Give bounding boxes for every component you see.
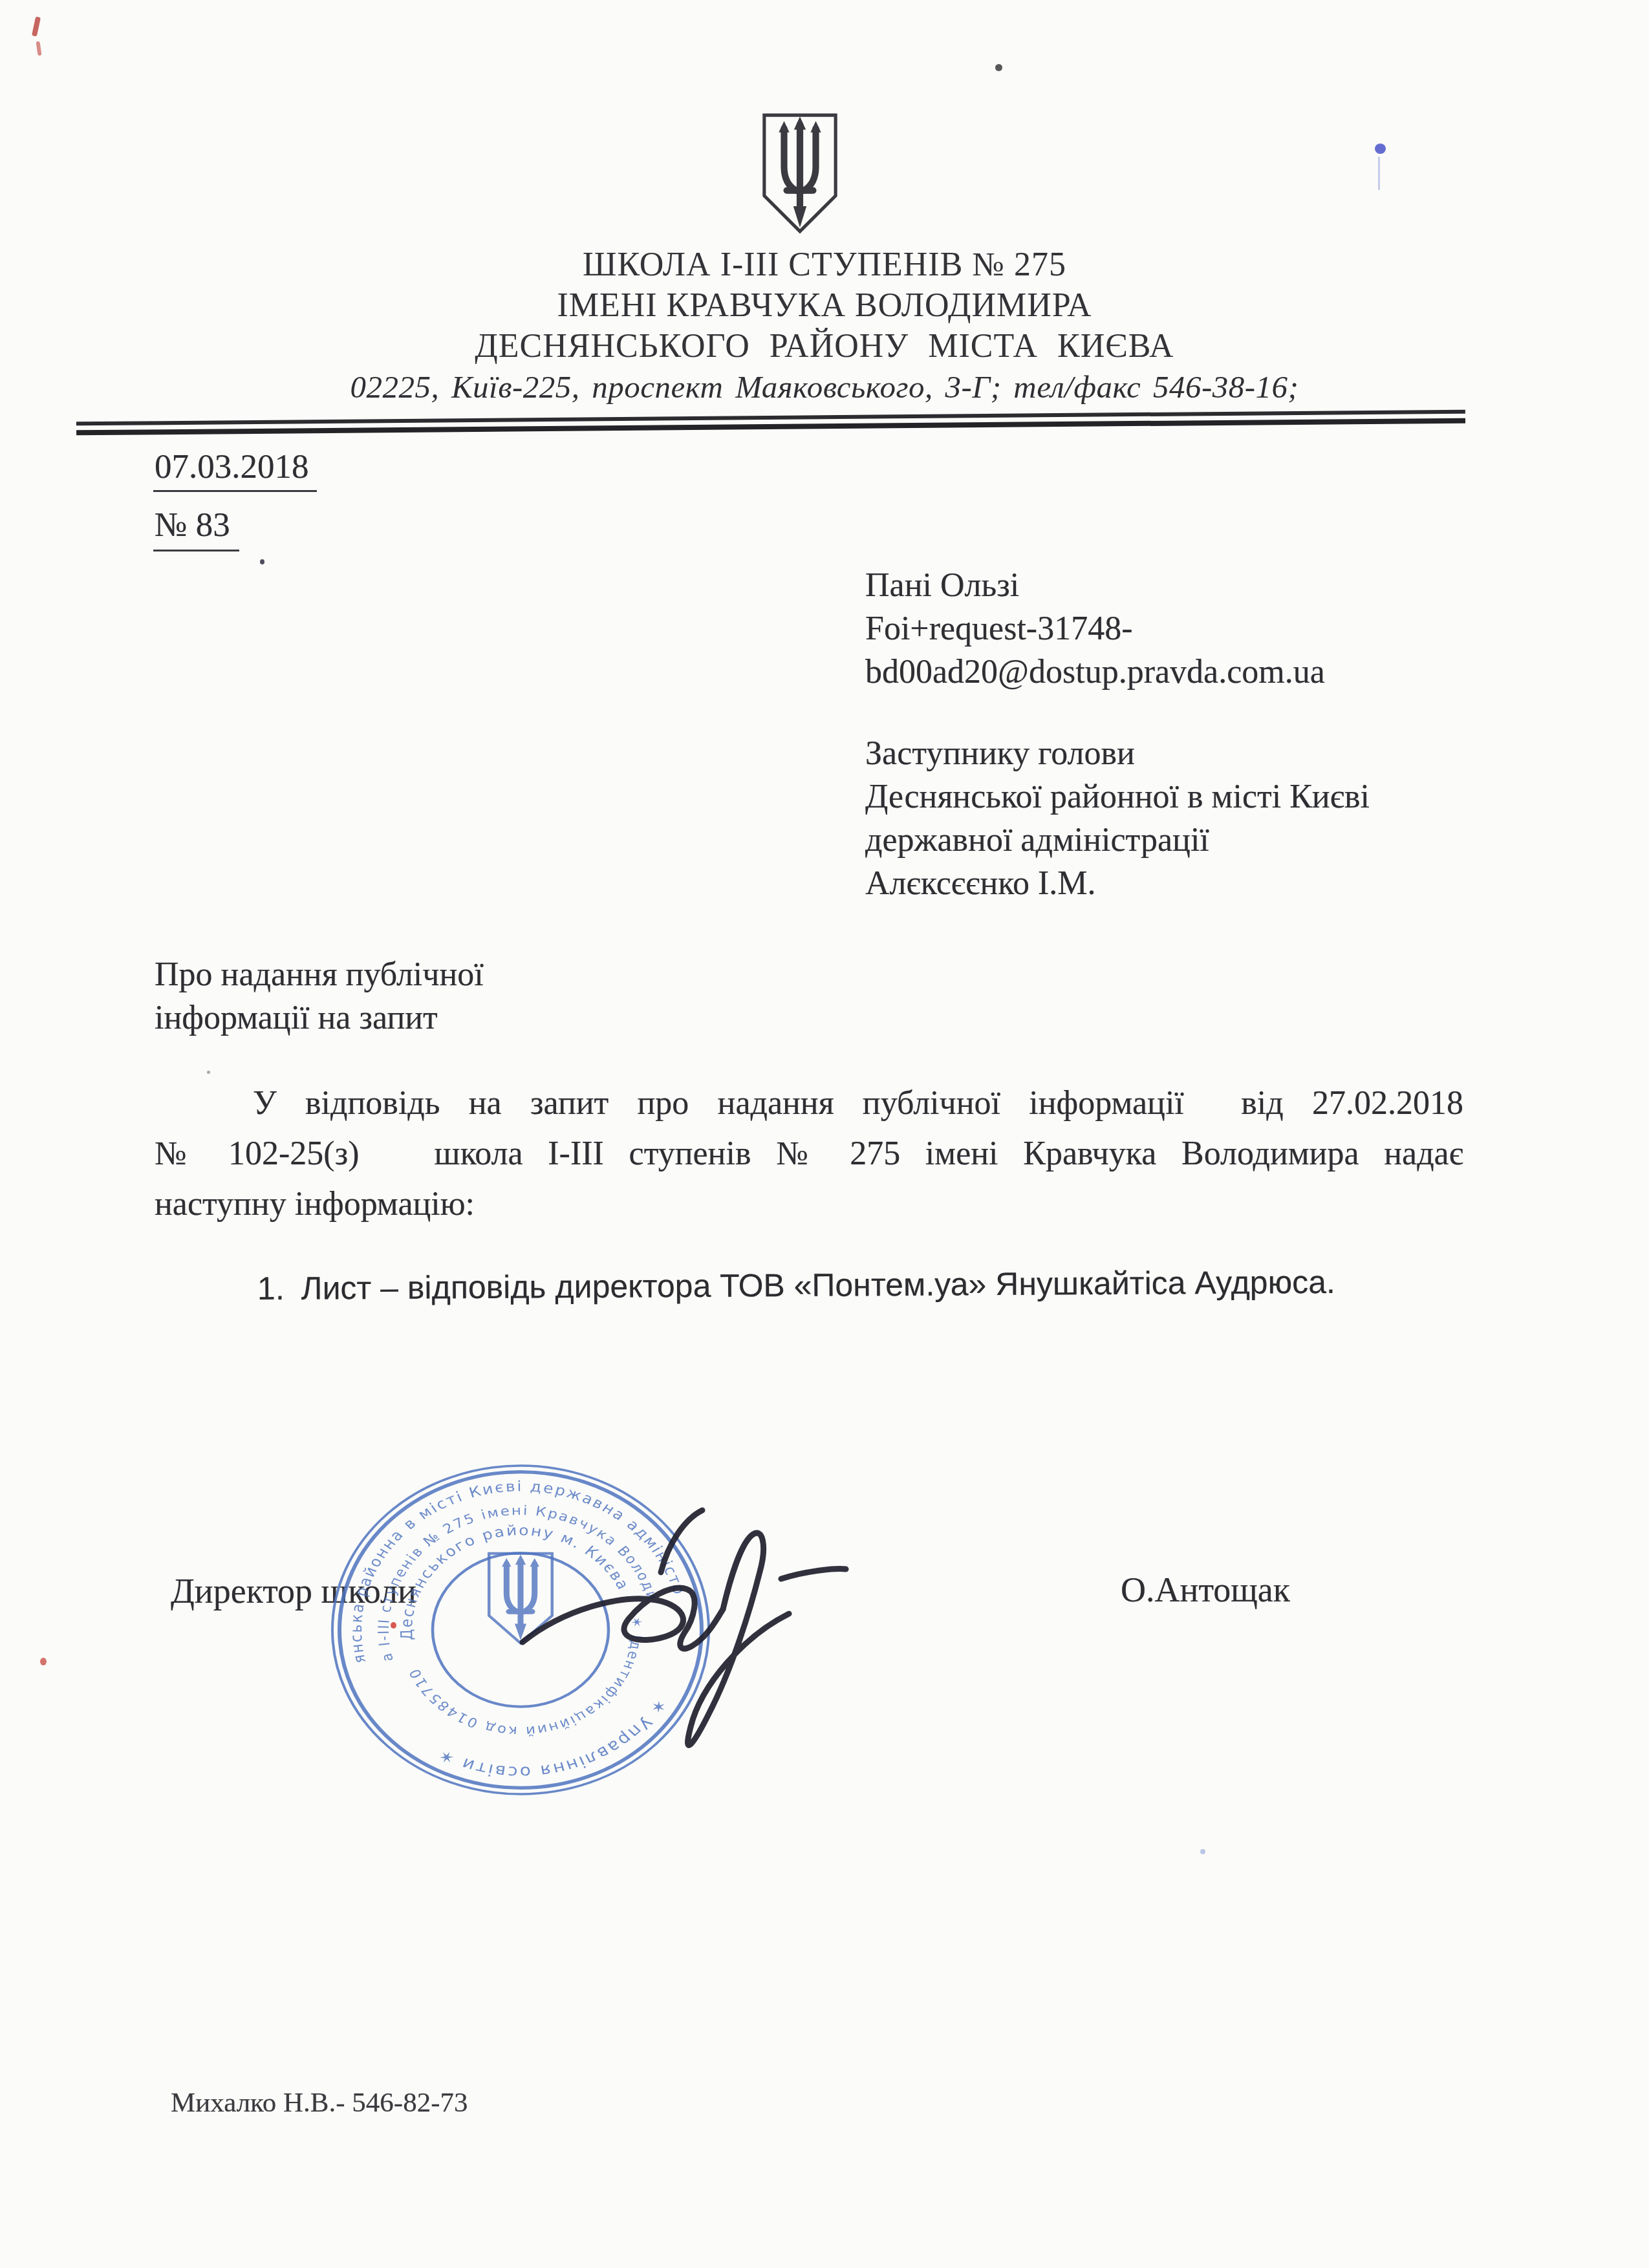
official-line: Деснянської районної в місті Києві — [865, 775, 1370, 818]
red-ink-speck — [36, 41, 41, 56]
recipient-line: Пані Ользі — [865, 564, 1370, 607]
list-item-marker: 1. — [257, 1269, 285, 1308]
executor-contact: Михалко Н.В.- 546-82-73 — [171, 2087, 468, 2119]
blue-speck — [1200, 1849, 1205, 1854]
signature-stroke — [523, 1588, 723, 1649]
signature-stroke — [781, 1569, 846, 1579]
ukraine-trident-shield-icon — [759, 112, 841, 235]
paragraph-line: № 102-25(з) школа І-ІІІ ступенів № 275 і… — [155, 1129, 1463, 1179]
official-name: Алєксєєнко І.М. — [865, 862, 1370, 905]
red-ink-speck — [40, 1658, 47, 1665]
official-line: державної адміністрації — [865, 818, 1370, 862]
attachment-list-item: 1. Лист – відповідь директора ТОВ «Понте… — [257, 1263, 1335, 1308]
subject-block: Про надання публічної інформації на запи… — [155, 953, 484, 1040]
blue-ink-blot — [1375, 144, 1386, 154]
handwritten-signature — [517, 1481, 879, 1784]
recipient-line: Foi+request-31748- — [865, 607, 1370, 650]
paragraph-line: У відповідь на запит про надання публічн… — [155, 1078, 1463, 1129]
spacer — [865, 694, 1370, 732]
school-name-line1: ШКОЛА І-ІІІ СТУПЕНІВ № 275 — [6, 244, 1643, 285]
paragraph-line: наступну інформацію: — [155, 1179, 1463, 1230]
school-name-line3: ДЕСНЯНСЬКОГО РАЙОНУ МІСТА КИЄВА — [6, 326, 1643, 367]
red-ink-speck — [391, 1622, 396, 1629]
school-address: 02225, Київ-225, проспект Маяковського, … — [6, 368, 1643, 407]
blue-ink-trail — [1378, 156, 1380, 190]
recipient-email: bd00ad20@dostup.pravda.com.ua — [865, 650, 1370, 694]
signature-stroke — [661, 1510, 702, 1572]
body-paragraph: У відповідь на запит про надання публічн… — [155, 1078, 1463, 1230]
subject-line: інформації на запит — [155, 996, 484, 1040]
scanned-letter-page: ШКОЛА І-ІІІ СТУПЕНІВ № 275 ІМЕНІ КРАВЧУК… — [0, 0, 1649, 2268]
ink-speck — [260, 559, 264, 564]
signer-name: О.Антощак — [1121, 1570, 1290, 1610]
red-ink-speck — [32, 16, 41, 36]
list-item-text: Лист – відповідь директора ТОВ «Понтем.у… — [301, 1263, 1335, 1308]
official-line: Заступнику голови — [865, 732, 1370, 775]
dark-speck — [995, 64, 1002, 71]
recipient-block: Пані Ользі Foi+request-31748- bd00ad20@d… — [865, 564, 1370, 905]
school-name-line2: ІМЕНІ КРАВЧУКА ВОЛОДИМИРА — [6, 285, 1643, 326]
subject-line: Про надання публічної — [155, 953, 484, 996]
gray-speck — [207, 1071, 210, 1074]
letter-number: № 83 — [153, 506, 239, 551]
letterhead: ШКОЛА І-ІІІ СТУПЕНІВ № 275 ІМЕНІ КРАВЧУК… — [6, 244, 1643, 407]
letter-date: 07.03.2018 — [153, 447, 317, 492]
double-rule-divider — [76, 410, 1465, 436]
